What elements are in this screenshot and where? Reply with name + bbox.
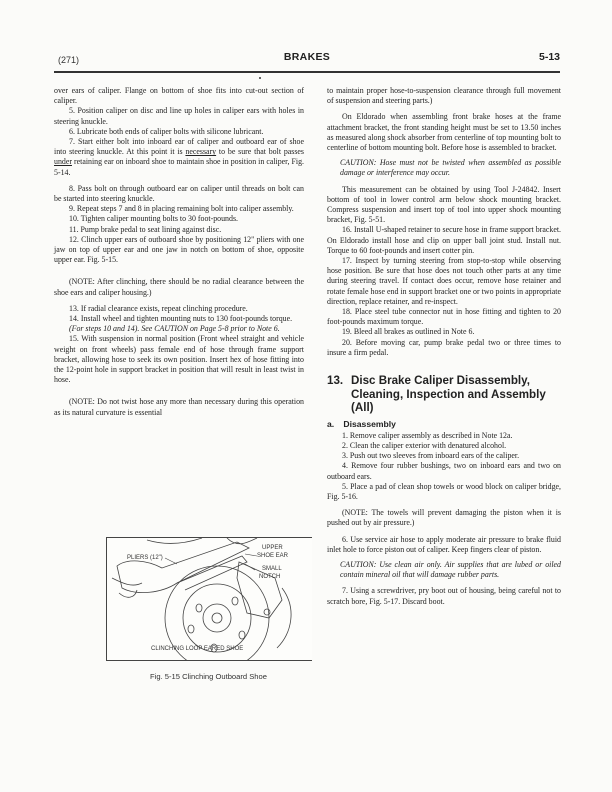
- step-7: 7. Start either bolt into inboard ear of…: [54, 137, 304, 178]
- step-6: 6. Lubricate both ends of caliper bolts …: [54, 127, 304, 137]
- section-heading: 13. Disc Brake Caliper Disassembly, Clea…: [327, 374, 561, 415]
- figure-caption: Fig. 5-15 Clinching Outboard Shoe: [106, 672, 311, 681]
- header-rule: [54, 71, 560, 73]
- speck: [259, 77, 261, 79]
- disassembly-step-7: 7. Using a screwdriver, pry boot out of …: [327, 586, 561, 606]
- label-pliers: PLIERS (12"): [127, 555, 163, 561]
- step-15: 15. With suspension in normal position (…: [54, 334, 304, 385]
- subsection-letter: a.: [327, 419, 341, 429]
- step-12: 12. Clinch upper ears of outboard shoe b…: [54, 235, 304, 266]
- page-header: (271) BRAKES 5-13: [54, 48, 560, 70]
- left-column: over ears of caliper. Flange on bottom o…: [54, 86, 304, 418]
- step-11: 11. Pump brake pedal to seat lining agai…: [54, 225, 304, 235]
- step-5: 5. Position caliper on disc and line up …: [54, 106, 304, 126]
- caution-hose-twist: CAUTION: Hose must not be twisted when a…: [327, 158, 561, 178]
- caution-clean-air: CAUTION: Use clean air only. Air supplie…: [327, 560, 561, 580]
- step-7-underline-under: under: [54, 157, 72, 166]
- eldorado-paragraph: On Eldorado when assembling front brake …: [327, 112, 561, 153]
- note-clinching: (NOTE: After clinching, there should be …: [54, 277, 304, 297]
- paragraph: over ears of caliper. Flange on bottom o…: [54, 86, 304, 106]
- measurement-paragraph: This measurement can be obtained by usin…: [327, 185, 561, 226]
- right-column: to maintain proper hose-to-suspension cl…: [327, 86, 561, 607]
- paragraph: to maintain proper hose-to-suspension cl…: [327, 86, 561, 106]
- section-number: 13.: [327, 374, 351, 415]
- step-9: 9. Repeat steps 7 and 8 in placing remai…: [54, 204, 304, 214]
- step-7-text-b: to be sure that bolt passes: [216, 147, 304, 156]
- step-18: 18. Place steel tube connector nut in ho…: [327, 307, 561, 327]
- step-19: 19. Bleed all brakes as outlined in Note…: [327, 327, 561, 337]
- step-8: 8. Pass bolt on through outboard ear on …: [54, 184, 304, 204]
- step-13: 13. If radial clearance exists, repeat c…: [54, 304, 304, 314]
- note-twist: (NOTE: Do not twist hose any more than n…: [54, 397, 304, 417]
- label-notch: NOTCH: [259, 574, 280, 580]
- label-shoe-ear: SHOE EAR: [257, 553, 288, 559]
- disassembly-step-1: 1. Remove caliper assembly as described …: [327, 431, 561, 441]
- italic-note: (For steps 10 and 14). See CAUTION on Pa…: [54, 324, 304, 334]
- label-clinching-loop-eared-shoe: CLINCHING LOOP EARED SHOE: [151, 646, 243, 652]
- step-20: 20. Before moving car, pump brake pedal …: [327, 338, 561, 358]
- step-14: 14. Install wheel and tighten mounting n…: [54, 314, 304, 324]
- section-page-number: 5-13: [539, 51, 560, 63]
- step-17: 17. Inspect by turning steering from sto…: [327, 256, 561, 307]
- subsection-heading: a. Disassembly: [327, 419, 561, 429]
- figure-5-15: PLIERS (12") UPPER SHOE EAR SMALL NOTCH …: [106, 537, 312, 661]
- disassembly-step-2: 2. Clean the caliper exterior with denat…: [327, 441, 561, 451]
- label-small: SMALL: [262, 566, 282, 572]
- page-title: BRAKES: [54, 51, 560, 63]
- step-16: 16. Install U-shaped retainer to secure …: [327, 225, 561, 256]
- disassembly-step-3: 3. Push out two sleeves from inboard ear…: [327, 451, 561, 461]
- section-title: Disc Brake Caliper Disassembly, Cleaning…: [351, 374, 561, 415]
- step-7-underline-necessary: necessary: [185, 147, 216, 156]
- step-10: 10. Tighten caliper mounting bolts to 30…: [54, 214, 304, 224]
- disassembly-step-5: 5. Place a pad of clean shop towels or w…: [327, 482, 561, 502]
- note-towels: (NOTE: The towels will prevent damaging …: [327, 508, 561, 528]
- subsection-title: Disassembly: [343, 419, 396, 429]
- disassembly-step-4: 4. Remove four rubber bushings, two on i…: [327, 461, 561, 481]
- label-upper: UPPER: [262, 545, 283, 551]
- step-7-text-c: retaining ear on inboard shoe to maintai…: [54, 157, 304, 176]
- disassembly-step-6: 6. Use service air hose to apply moderat…: [327, 535, 561, 555]
